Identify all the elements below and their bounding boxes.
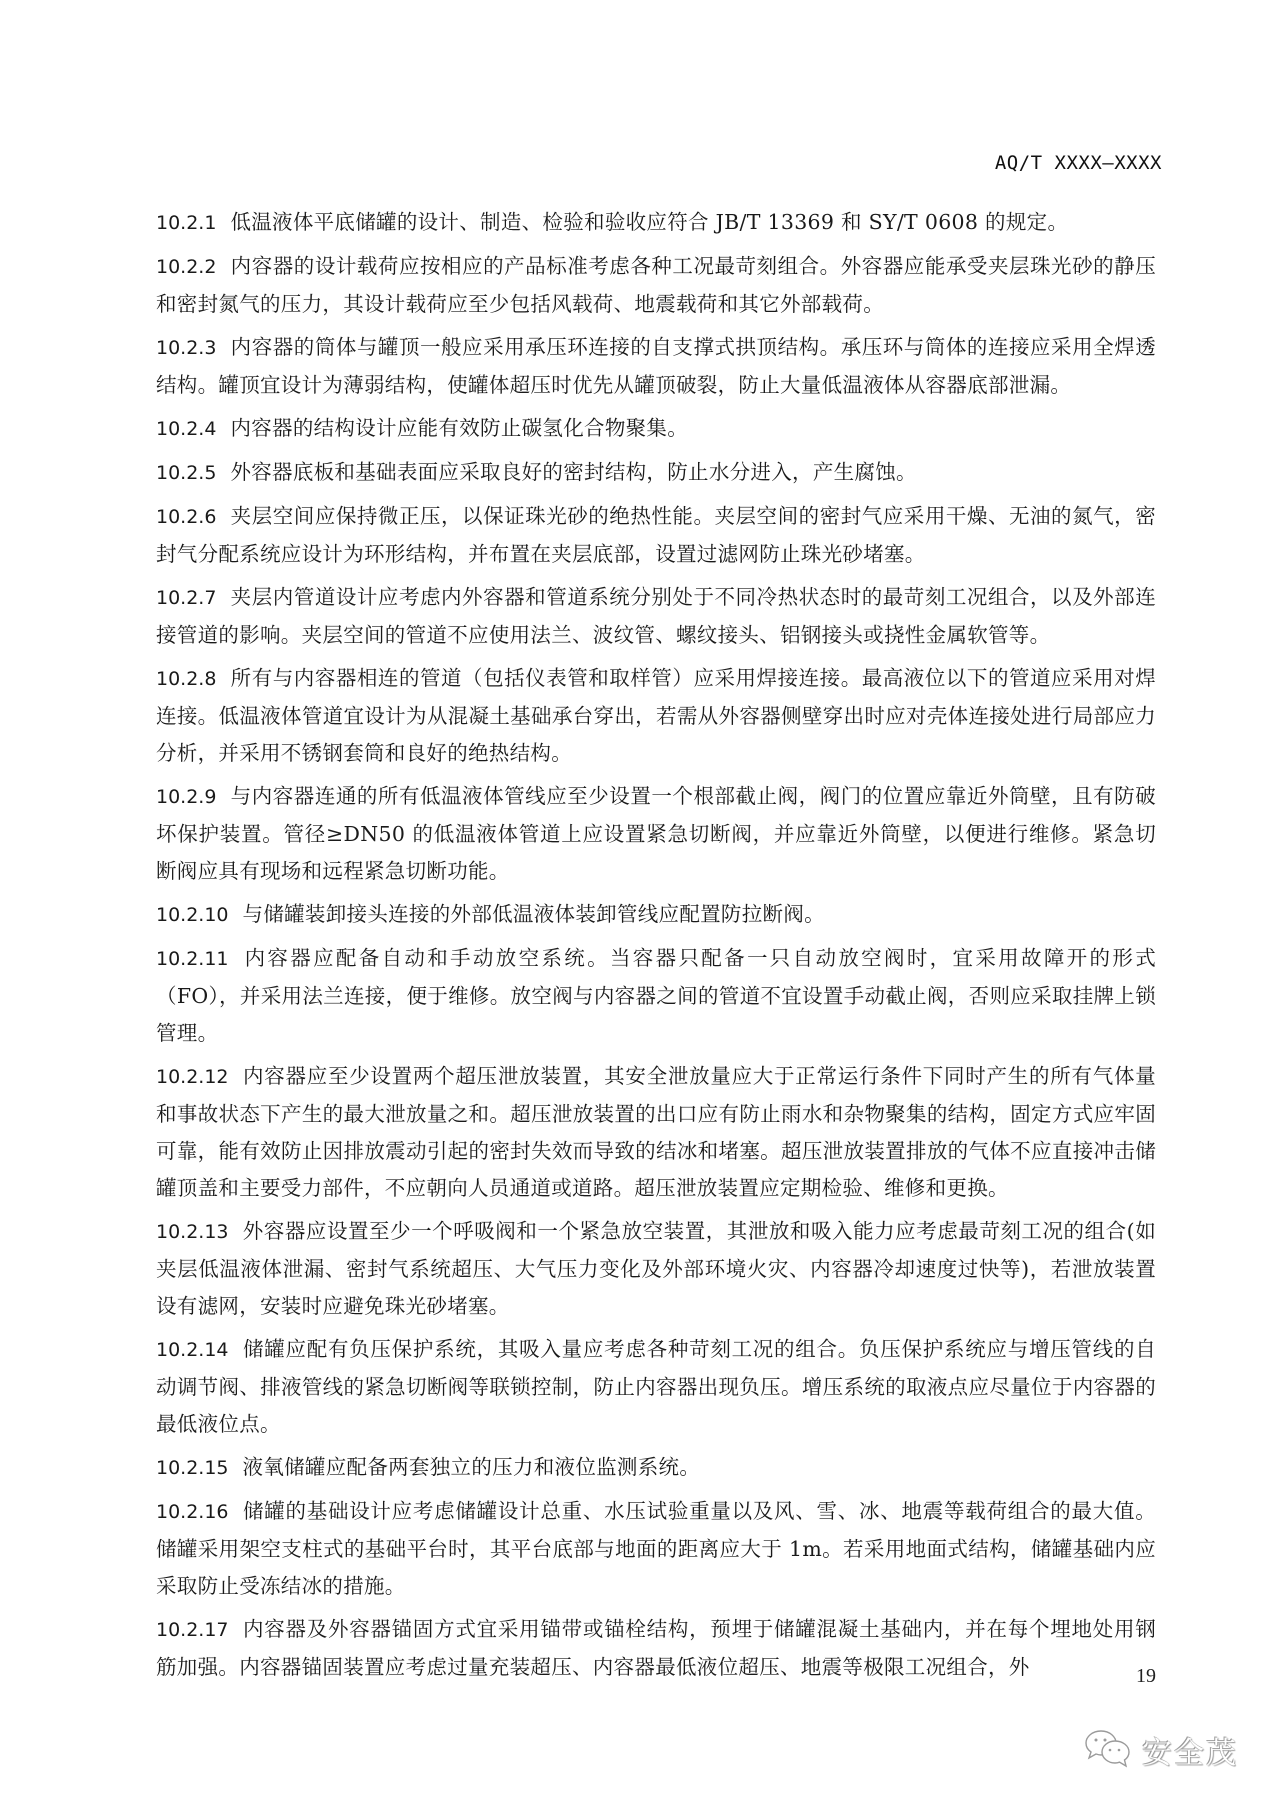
clause-10-2-5: 10.2.5外容器底板和基础表面应采取良好的密封结构，防止水分进入，产生腐蚀。 — [156, 454, 1156, 492]
clause-10-2-8: 10.2.8所有与内容器相连的管道（包括仪表管和取样管）应采用焊接连接。最高液位… — [156, 660, 1156, 772]
clause-text: 储罐应配有负压保护系统，其吸入量应考虑各种苛刻工况的组合。负压保护系统应与增压管… — [156, 1337, 1156, 1436]
clause-text: 内容器的筒体与罐顶一般应采用承压环连接的自支撑式拱顶结构。承压环与筒体的连接应采… — [156, 335, 1156, 397]
clause-10-2-13: 10.2.13外容器应设置至少一个呼吸阀和一个紧急放空装置，其泄放和吸入能力应考… — [156, 1213, 1156, 1325]
clause-10-2-9: 10.2.9与内容器连通的所有低温液体管线应至少设置一个根部截止阀，阀门的位置应… — [156, 778, 1156, 890]
clause-number: 10.2.11 — [156, 948, 229, 970]
watermark: 安全茂 — [1084, 1728, 1238, 1772]
clause-10-2-4: 10.2.4内容器的结构设计应能有效防止碳氢化合物聚集。 — [156, 410, 1156, 448]
clause-number: 10.2.7 — [156, 587, 216, 609]
clause-number: 10.2.17 — [156, 1619, 229, 1641]
clause-10-2-16: 10.2.16储罐的基础设计应考虑储罐设计总重、水压试验重量以及风、雪、冰、地震… — [156, 1493, 1156, 1605]
clause-number: 10.2.9 — [156, 786, 216, 808]
clause-number: 10.2.4 — [156, 418, 216, 440]
clause-text: 与储罐装卸接头连接的外部低温液体装卸管线应配置防拉断阀。 — [243, 902, 825, 926]
clause-10-2-12: 10.2.12内容器应至少设置两个超压泄放装置，其安全泄放量应大于正常运行条件下… — [156, 1058, 1156, 1207]
clause-text: 夹层内管道设计应考虑内外容器和管道系统分别处于不同冷热状态时的最苛刻工况组合，以… — [156, 585, 1156, 647]
clause-text: 储罐的基础设计应考虑储罐设计总重、水压试验重量以及风、雪、冰、地震等载荷组合的最… — [156, 1499, 1156, 1598]
page-number: 19 — [1136, 1665, 1156, 1688]
clause-number: 10.2.8 — [156, 668, 216, 690]
clause-text: 所有与内容器相连的管道（包括仪表管和取样管）应采用焊接连接。最高液位以下的管道应… — [156, 666, 1156, 765]
clause-10-2-3: 10.2.3内容器的筒体与罐顶一般应采用承压环连接的自支撑式拱顶结构。承压环与筒… — [156, 329, 1156, 404]
clause-10-2-2: 10.2.2内容器的设计载荷应按相应的产品标准考虑各种工况最苛刻组合。外容器应能… — [156, 248, 1156, 323]
clause-number: 10.2.2 — [156, 256, 216, 278]
clause-number: 10.2.13 — [156, 1221, 229, 1243]
clause-number: 10.2.10 — [156, 904, 229, 926]
clause-text: 内容器及外容器锚固方式宜采用锚带或锚栓结构，预埋于储罐混凝土基础内，并在每个埋地… — [156, 1617, 1156, 1679]
document-body: 10.2.1低温液体平底储罐的设计、制造、检验和验收应符合 JB/T 13369… — [156, 204, 1156, 1692]
clause-10-2-6: 10.2.6夹层空间应保持微正压，以保证珠光砂的绝热性能。夹层空间的密封气应采用… — [156, 498, 1156, 573]
clause-text: 内容器应配备自动和手动放空系统。当容器只配备一只自动放空阀时，宜采用故障开的形式… — [156, 946, 1156, 1045]
clause-10-2-14: 10.2.14储罐应配有负压保护系统，其吸入量应考虑各种苛刻工况的组合。负压保护… — [156, 1331, 1156, 1443]
clause-text: 内容器的设计载荷应按相应的产品标准考虑各种工况最苛刻组合。外容器应能承受夹层珠光… — [156, 254, 1156, 316]
clause-number: 10.2.16 — [156, 1501, 229, 1523]
clause-10-2-15: 10.2.15液氧储罐应配备两套独立的压力和液位监测系统。 — [156, 1449, 1156, 1487]
clause-number: 10.2.1 — [156, 212, 216, 234]
clause-10-2-7: 10.2.7夹层内管道设计应考虑内外容器和管道系统分别处于不同冷热状态时的最苛刻… — [156, 579, 1156, 654]
clause-10-2-1: 10.2.1低温液体平底储罐的设计、制造、检验和验收应符合 JB/T 13369… — [156, 204, 1156, 242]
clause-number: 10.2.3 — [156, 337, 216, 359]
clause-number: 10.2.12 — [156, 1066, 229, 1088]
clause-number: 10.2.6 — [156, 506, 216, 528]
clause-10-2-17: 10.2.17内容器及外容器锚固方式宜采用锚带或锚栓结构，预埋于储罐混凝土基础内… — [156, 1611, 1156, 1686]
clause-number: 10.2.5 — [156, 462, 216, 484]
clause-text: 与内容器连通的所有低温液体管线应至少设置一个根部截止阀，阀门的位置应靠近外筒壁，… — [156, 784, 1156, 883]
clause-text: 内容器应至少设置两个超压泄放装置，其安全泄放量应大于正常运行条件下同时产生的所有… — [156, 1064, 1156, 1200]
clause-text: 低温液体平底储罐的设计、制造、检验和验收应符合 JB/T 13369 和 SY/… — [230, 210, 1068, 234]
clause-text: 外容器应设置至少一个呼吸阀和一个紧急放空装置，其泄放和吸入能力应考虑最苛刻工况的… — [156, 1219, 1156, 1318]
clause-number: 10.2.15 — [156, 1457, 229, 1479]
clause-text: 液氧储罐应配备两套独立的压力和液位监测系统。 — [243, 1455, 701, 1479]
watermark-text: 安全茂 — [1142, 1728, 1238, 1772]
wechat-icon — [1084, 1728, 1134, 1772]
clause-10-2-10: 10.2.10与储罐装卸接头连接的外部低温液体装卸管线应配置防拉断阀。 — [156, 896, 1156, 934]
clause-text: 内容器的结构设计应能有效防止碳氢化合物聚集。 — [230, 416, 688, 440]
standard-code-header: AQ/T XXXX—XXXX — [995, 152, 1162, 174]
clause-10-2-11: 10.2.11内容器应配备自动和手动放空系统。当容器只配备一只自动放空阀时，宜采… — [156, 940, 1156, 1052]
clause-text: 外容器底板和基础表面应采取良好的密封结构，防止水分进入，产生腐蚀。 — [230, 460, 916, 484]
clause-text: 夹层空间应保持微正压，以保证珠光砂的绝热性能。夹层空间的密封气应采用干燥、无油的… — [156, 504, 1156, 566]
clause-number: 10.2.14 — [156, 1339, 229, 1361]
